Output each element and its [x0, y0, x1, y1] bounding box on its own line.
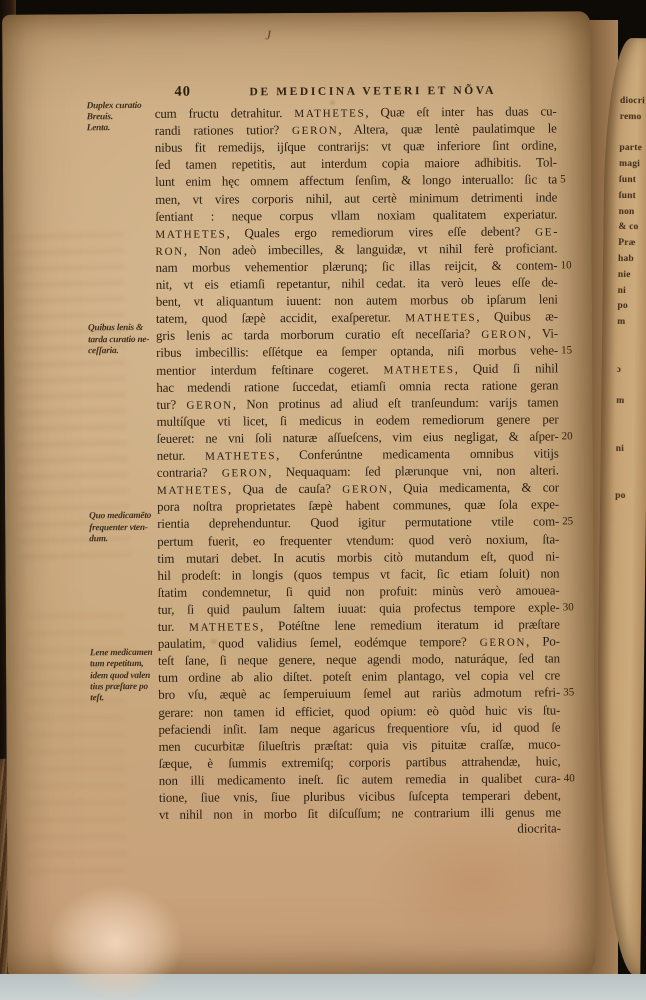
margin-notes: Duplex curatioBreuis.Lenta.Quibus lenis …	[2, 11, 590, 15]
speaker-name: MATHETES	[405, 312, 476, 324]
margin-note-line: Quibus lenis &	[88, 323, 154, 335]
line-number: 40	[564, 770, 586, 787]
margin-note: Quibus lenis &tarda curatio ne-ceſſaria.	[88, 323, 154, 357]
speaker-name: GERON	[342, 484, 388, 496]
margin-note-line: Duplex curatio	[87, 101, 153, 113]
margin-note: Lene medicamentum repetitum,idem quod va…	[90, 648, 156, 704]
next-page-fragment: magi	[619, 157, 646, 173]
running-head: DE MEDICINA VETERI ET NÕVA	[250, 85, 497, 99]
next-page-fragment: & co	[618, 220, 646, 236]
next-page-fragment: diocri	[620, 94, 646, 110]
line-number: 5	[560, 172, 582, 189]
next-page-fragment	[619, 126, 646, 142]
margin-note-line: Lenta.	[87, 123, 153, 135]
line-number: 25	[562, 514, 584, 531]
text-line: vt nihil non in morbo ſit diſcuſſum; ne …	[159, 804, 561, 824]
next-page-fragment	[615, 473, 646, 489]
book-page: J 40 DE MEDICINA VETERI ET NÕVA diocrita…	[2, 11, 596, 978]
next-page-fragment	[616, 378, 646, 394]
speaker-name: MATHETES	[155, 228, 226, 240]
margin-note-line: tius præſtare po	[90, 682, 156, 694]
margin-note: Quo medicamẽtofrequenter vten-dum.	[89, 511, 155, 545]
margin-note-line: Breuis.	[87, 112, 153, 124]
next-page-fragment	[616, 410, 646, 426]
speaker-name: GE	[535, 226, 553, 238]
margin-note-line: idem quod valen	[90, 670, 156, 682]
next-page-fragment	[615, 457, 646, 473]
margin-note-line: dum.	[89, 534, 155, 546]
speaker-name: MATHETES	[384, 364, 455, 376]
margin-note: Duplex curatioBreuis.Lenta.	[87, 101, 153, 135]
speaker-name: MATHETES	[294, 108, 365, 120]
next-page-fragment: m	[616, 394, 646, 410]
next-page-fragment: hab	[618, 252, 646, 268]
next-page-fragment: po	[617, 299, 646, 315]
speaker-name: GERON	[186, 399, 232, 411]
line-number: 30	[563, 599, 585, 616]
next-page-fragment: nie	[618, 268, 646, 284]
next-page-fragment: m	[617, 315, 646, 331]
line-number: 10	[561, 257, 583, 274]
next-page-fragment: non	[619, 205, 646, 221]
next-page-fragment: ɔ	[617, 362, 646, 378]
next-page-fragment: ſunt	[619, 173, 646, 189]
margin-note-line: tarda curatio ne-	[88, 334, 154, 346]
margin-note-line: ceſſaria.	[88, 346, 154, 358]
light-spot	[48, 885, 183, 1000]
speaker-name: GERON	[222, 467, 268, 479]
margin-note-line: teſt.	[90, 693, 156, 705]
speaker-name: MATHETES	[205, 450, 276, 462]
speaker-name: MATHETES	[189, 621, 260, 633]
speaker-name: RON	[155, 245, 183, 257]
speaker-name: GERON	[480, 637, 526, 649]
book-scan-photo: { "colors": { "background": "#0e0a06", "…	[0, 0, 646, 1000]
next-page-fragment: Præ	[618, 236, 646, 252]
margin-note-line: Lene medicamen	[90, 648, 156, 660]
next-page-fragment	[617, 331, 646, 347]
line-number: 15	[561, 343, 583, 360]
body-text: diocrita- cum fructu detrahitur. MATHETE…	[155, 103, 562, 845]
catchword: diocrita-	[159, 821, 561, 838]
line-number: 35	[563, 685, 585, 702]
margin-note-line: frequenter vten-	[89, 522, 155, 534]
next-page-fragment	[617, 347, 646, 363]
stray-ink-mark: J	[265, 27, 271, 43]
next-page-fragment: remo	[620, 110, 646, 126]
next-page-fragment: parte	[619, 141, 646, 157]
next-page-fragment: ſunt	[619, 189, 646, 205]
next-page-fragment: po	[615, 489, 646, 505]
margin-note-line: Quo medicamẽto	[89, 511, 155, 523]
margin-note-line: tum repetitum,	[90, 659, 156, 671]
next-page-fragment: ni	[616, 441, 646, 457]
speaker-name: GERON	[292, 125, 338, 137]
speaker-name: MATHETES	[157, 485, 228, 497]
next-page-fragment	[616, 426, 646, 442]
next-page-text-fragments: diocriremo partemagiſuntſuntnon& coPræha…	[615, 94, 646, 505]
next-page-fragment: ni	[618, 283, 646, 299]
speaker-name: GERON	[481, 329, 527, 341]
line-number: 20	[562, 428, 584, 445]
page-number: 40	[174, 84, 191, 101]
